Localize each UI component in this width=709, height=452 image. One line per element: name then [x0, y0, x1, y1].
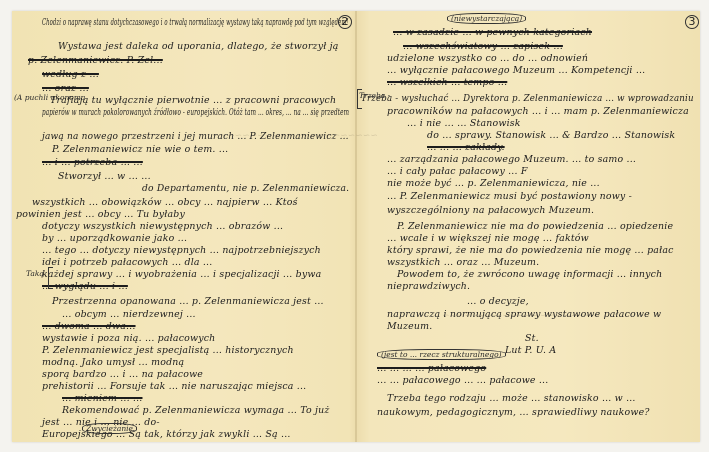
text-line: wszystkich ... oraz ... Muzeum. [387, 257, 539, 268]
text-line: ... wszelkich ... tempo ... [387, 77, 507, 88]
page-number: 3 [685, 15, 699, 29]
manuscript-sheet: ~~~~~~~~~~~~~~~~~~~~~~ ~~~~~~~~~~~~~~~~~… [12, 11, 700, 442]
text-line: idei i potrzeb pałacowych ... dla ... [42, 257, 212, 268]
text-line: ... wcale i w większej nie mogę ... fakt… [387, 233, 589, 244]
circled-note: (niewystarczającą) [447, 13, 526, 24]
text-line: ... ... ... ... pałacowego [377, 363, 486, 374]
text-line: wyszczególniony na pałacowych Muzeum. [387, 205, 594, 216]
text-line: Trzeba tego rodzaju ... może ... stanowi… [387, 393, 636, 404]
signature-line: St. [525, 333, 539, 344]
text-line: nie może być ... p. Zelenmaniewicza, nie… [387, 178, 600, 189]
text-line: do Departamentu, nie p. Zelenmaniewicza. [142, 183, 349, 194]
signature-line: Lut P. U. A [505, 345, 556, 356]
text-line: ... ... ... zakłady. [427, 142, 505, 153]
text-line: P. Zelenmaniewicz nie ma do powiedzenia … [397, 221, 673, 232]
text-line: każdej sprawy ... i wyobrażenia ... i sp… [42, 269, 321, 280]
right-page: 3 (niewystarczającą) ... w zasadzie ... … [357, 11, 700, 442]
text-line: Muzeum. [387, 321, 432, 332]
text-line: ... dwoma ... dwa... [42, 321, 136, 332]
text-line: Chodzi o naprawę stanu dotychczasowego i… [42, 17, 349, 28]
text-line: udzielone wszystko co ... do ... odnowie… [387, 53, 588, 64]
text-line: Wystawa jest daleka od uporania, dlatego… [58, 41, 339, 52]
text-line: który sprawi, że nie ma do powiedzenia n… [387, 245, 674, 256]
left-page: 2 Chodzi o naprawę stanu dotychczasowego… [12, 11, 355, 442]
text-line: Przestrzenna opanowana ... p. Zelenmanie… [52, 296, 324, 307]
text-line: nieprawdziwych. [387, 281, 470, 292]
text-line: ... mieniem ... ... [62, 393, 142, 404]
text-line: Rekomendować p. Zelenmaniewicza wymaga .… [62, 405, 329, 416]
text-line: ... w zasadzie ... w pewnych kategoriach [393, 27, 592, 38]
text-line: ... i cały pałac pałacowy ... F [387, 166, 528, 177]
text-line: ... wszechświatowy ... zapisek ... [403, 41, 563, 52]
text-line: P. Zelenmaniewicz jest specjalistą ... h… [42, 345, 294, 356]
text-line: do ... sprawy. Stanowisk ... & Bardzo ..… [427, 130, 675, 141]
margin-note: Taką [26, 269, 44, 278]
text-line: ... i ... potrzeba ... ... [42, 157, 143, 168]
text-line: wszystkich ... obowiązków ... obcy ... n… [32, 197, 298, 208]
text-line: ... i nie ... ... Stanowisk [407, 118, 521, 129]
text-line: Stworzył ... w ... ... [58, 171, 151, 182]
circled-note: Zwycieżanie [82, 423, 137, 434]
text-line: naprawczą i normującą sprawy wystawowe p… [387, 309, 661, 320]
text-line: Powodem to, że zwrócono uwagę informacji… [397, 269, 662, 280]
text-line: modną. Jako umysł ... modną [42, 357, 184, 368]
text-line: ... zarządzania pałacowego Muzeum. ... t… [387, 154, 636, 165]
text-line: Trzeba - wysłuchać ... Dyrektora p. Zele… [361, 93, 694, 104]
text-line: ... P. Zelenmaniewicz musi być postawion… [387, 191, 632, 202]
text-line: ... o decyzje, [467, 296, 529, 307]
text-line: jawą na nowego przestrzeni i jej murach … [42, 131, 349, 142]
text-line: według z ... [42, 69, 99, 80]
margin-note: Trzeba - [359, 91, 390, 100]
text-line: wystawie i poza nią. ... pałacowych [42, 333, 215, 344]
text-line: powinien jest ... obcy ... Tu byłaby [16, 209, 185, 220]
text-line: ... wyglądu ... i ... [42, 281, 128, 292]
text-line: prehistorii ... Forsuje tak ... nie naru… [42, 381, 306, 392]
text-line: ... obcym ... nierdzewnej ... [62, 309, 196, 320]
margin-note: (A puchli ukonoma [14, 93, 85, 102]
text-line: P. Zelenmaniewicz nie wie o tem. ... [52, 144, 228, 155]
text-line: dotyczy wszystkich niewystępnych ... obr… [42, 221, 283, 232]
text-line: ... ... pałacowego ... ... pałacowe ... [377, 375, 548, 386]
bracket-mark [357, 89, 362, 109]
bracket-mark [48, 267, 53, 289]
text-line: ... tego ... dotyczy niewystępnych ... n… [42, 245, 321, 256]
text-line: pracowników na pałacowych ... i ... mam … [387, 106, 689, 117]
text-line: naukowym, pedagogicznym, ... sprawiedliw… [377, 407, 650, 418]
text-line: by ... uporządkowanie jako ... [42, 233, 187, 244]
text-line: papierów w murach pokolorowanych źródłow… [42, 107, 349, 118]
text-line: Trafiają tu wyłącznie pierwotnie ... z p… [50, 95, 336, 106]
text-line: Europejskiego ... Są tak, którzy jak zwy… [42, 429, 291, 440]
circled-note: (jest to ... rzecz strukturalnego) [377, 349, 506, 360]
text-line: p. Zelenmaniewicz. P. Zel... [28, 55, 163, 66]
text-line: ... wyłącznie pałacowego Muzeum ... Komp… [387, 65, 645, 76]
text-line: sporą bardzo ... i ... na pałacowe [42, 369, 203, 380]
